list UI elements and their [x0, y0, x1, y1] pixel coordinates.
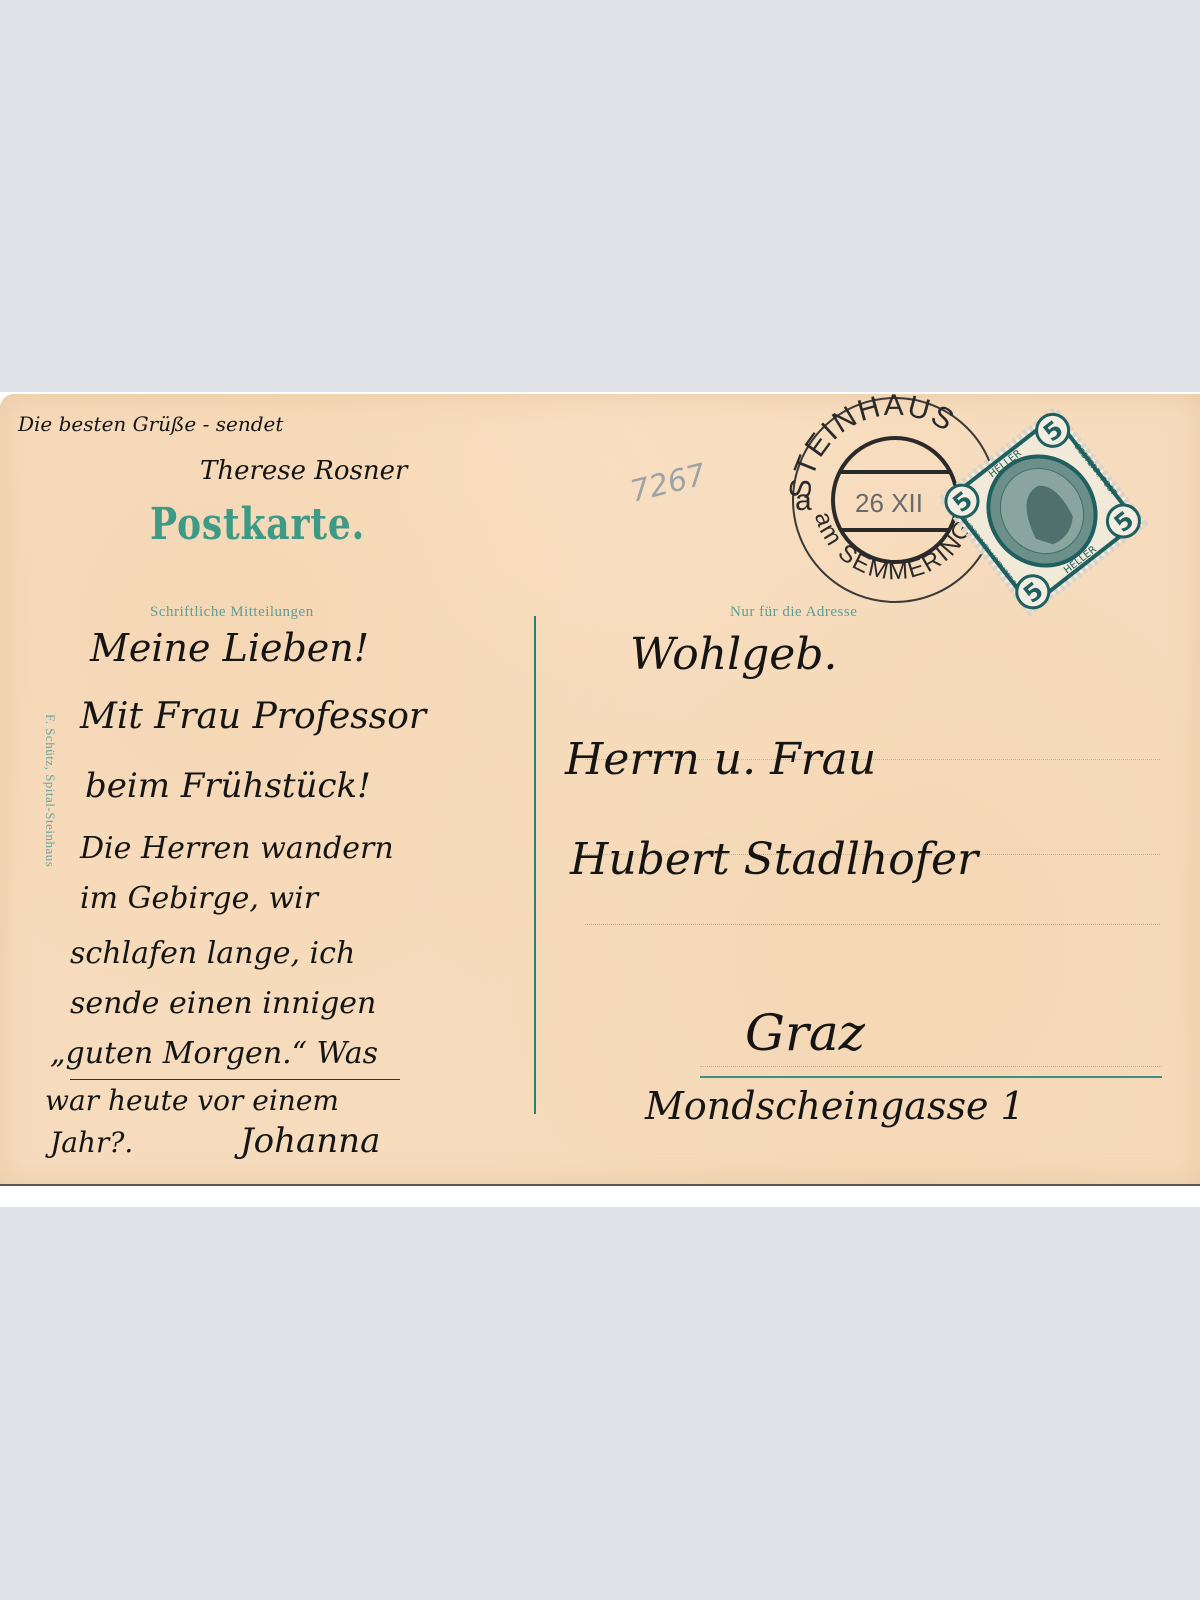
address-line-city: Graz	[745, 1004, 865, 1062]
postcard: Die besten Grüße - sendet Therese Rosner…	[0, 394, 1200, 1186]
address-line-recipient-name: Hubert Stadlhofer	[570, 834, 978, 885]
center-divider	[534, 616, 536, 1114]
postcard-title: Postkarte.	[150, 499, 365, 550]
pencil-note: 7267	[627, 457, 710, 509]
message-line: Die Herren wandern	[80, 834, 394, 864]
message-line: Jahr?.	[50, 1129, 133, 1157]
postmark-letter: a	[795, 484, 812, 517]
signature: Johanna	[240, 1124, 380, 1158]
address-guide-line	[700, 1066, 1162, 1067]
address-line-recipient-title: Herrn u. Frau	[565, 734, 876, 785]
address-line-salutation: Wohlgeb.	[630, 629, 838, 680]
address-underline	[700, 1076, 1162, 1078]
printer-credit: F. Schütz, Spital-Steinhaus	[42, 714, 58, 867]
message-line: „guten Morgen.“ Was	[50, 1039, 378, 1069]
message-line: Meine Lieben!	[90, 629, 369, 667]
address-line-street: Mondscheingasse 1	[645, 1084, 1025, 1128]
message-section-label: Schriftliche Mitteilungen	[150, 604, 314, 621]
address-guide-line	[585, 924, 1160, 925]
message-line: Mit Frau Professor	[80, 699, 426, 735]
message-line: schlafen lange, ich	[70, 939, 355, 969]
postage-stamp-icon: 5 5 5 5 HELLER HELLER OESTERR. POST KAIS…	[935, 404, 1150, 619]
message-line: sende einen innigen	[70, 989, 376, 1019]
message-line: war heute vor einem	[45, 1087, 339, 1115]
handwritten-sender: Therese Rosner	[200, 456, 407, 486]
message-underline	[70, 1079, 400, 1080]
postmark-date: 26 XII	[855, 488, 923, 518]
message-line: beim Frühstück!	[85, 769, 371, 803]
handwritten-greeting: Die besten Grüße - sendet	[18, 412, 283, 436]
message-line: im Gebirge, wir	[80, 884, 318, 914]
